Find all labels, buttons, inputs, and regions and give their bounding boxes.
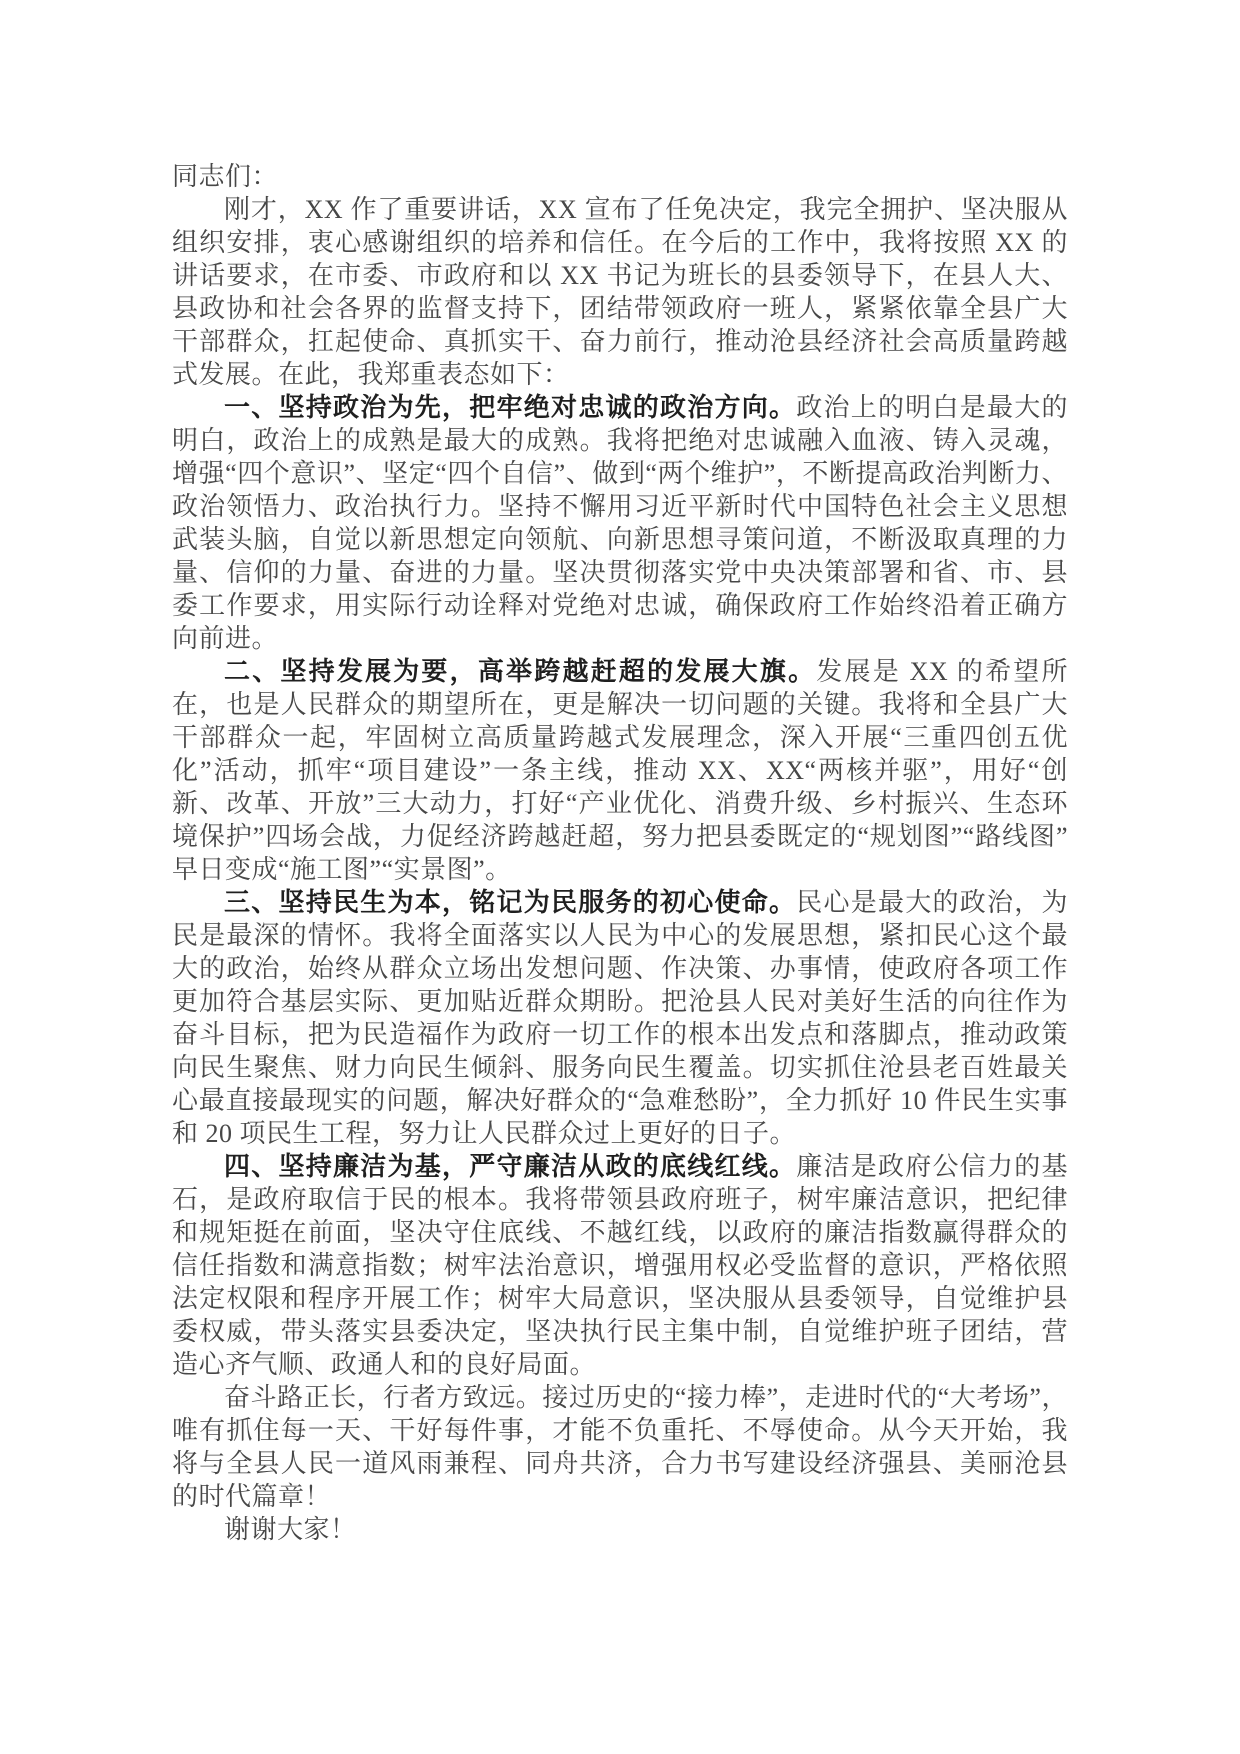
- salutation: 同志们：: [172, 160, 1068, 193]
- paragraph-thanks: 谢谢大家！: [172, 1513, 1068, 1546]
- paragraph-point-3: 三、坚持民生为本，铭记为民服务的初心使命。民心是最大的政治，为民是最深的情怀。我…: [172, 886, 1068, 1150]
- document-page: 同志们： 刚才，XX 作了重要讲话，XX 宣布了任免决定，我完全拥护、坚决服从组…: [0, 0, 1240, 1754]
- paragraph-point-1: 一、坚持政治为先，把牢绝对忠诚的政治方向。政治上的明白是最大的明白，政治上的成熟…: [172, 391, 1068, 655]
- paragraph-text: 谢谢大家！: [224, 1515, 357, 1544]
- paragraph-opening: 刚才，XX 作了重要讲话，XX 宣布了任免决定，我完全拥护、坚决服从组织安排，衷…: [172, 193, 1068, 391]
- paragraph-conclusion: 奋斗路正长，行者方致远。接过历史的“接力棒”，走进时代的“大考场”，唯有抓住每一…: [172, 1381, 1068, 1513]
- salutation-text: 同志们：: [172, 162, 278, 191]
- paragraph-lead: 三、坚持民生为本，铭记为民服务的初心使命。: [224, 888, 796, 917]
- document-body: 同志们： 刚才，XX 作了重要讲话，XX 宣布了任免决定，我完全拥护、坚决服从组…: [172, 160, 1068, 1546]
- paragraph-text: 奋斗路正长，行者方致远。接过历史的“接力棒”，走进时代的“大考场”，唯有抓住每一…: [172, 1383, 1068, 1511]
- paragraph-lead: 一、坚持政治为先，把牢绝对忠诚的政治方向。: [224, 393, 796, 422]
- paragraph-point-4: 四、坚持廉洁为基，严守廉洁从政的底线红线。廉洁是政府公信力的基石，是政府取信于民…: [172, 1150, 1068, 1381]
- paragraph-point-2: 二、坚持发展为要，高举跨越赶超的发展大旗。发展是 XX 的希望所在，也是人民群众…: [172, 655, 1068, 886]
- paragraph-lead: 四、坚持廉洁为基，严守廉洁从政的底线红线。: [224, 1152, 796, 1181]
- paragraph-text: 民心是最大的政治，为民是最深的情怀。我将全面落实以人民为中心的发展思想，紧扣民心…: [172, 888, 1068, 1148]
- paragraph-text: 刚才，XX 作了重要讲话，XX 宣布了任免决定，我完全拥护、坚决服从组织安排，衷…: [172, 195, 1068, 389]
- paragraph-lead: 二、坚持发展为要，高举跨越赶超的发展大旗。: [224, 657, 816, 686]
- paragraph-text: 政治上的明白是最大的明白，政治上的成熟是最大的成熟。我将把绝对忠诚融入血液、铸入…: [172, 393, 1068, 653]
- paragraph-text: 发展是 XX 的希望所在，也是人民群众的期望所在，更是解决一切问题的关键。我将和…: [172, 657, 1068, 884]
- paragraph-text: 廉洁是政府公信力的基石，是政府取信于民的根本。我将带领县政府班子，树牢廉洁意识，…: [172, 1152, 1068, 1379]
